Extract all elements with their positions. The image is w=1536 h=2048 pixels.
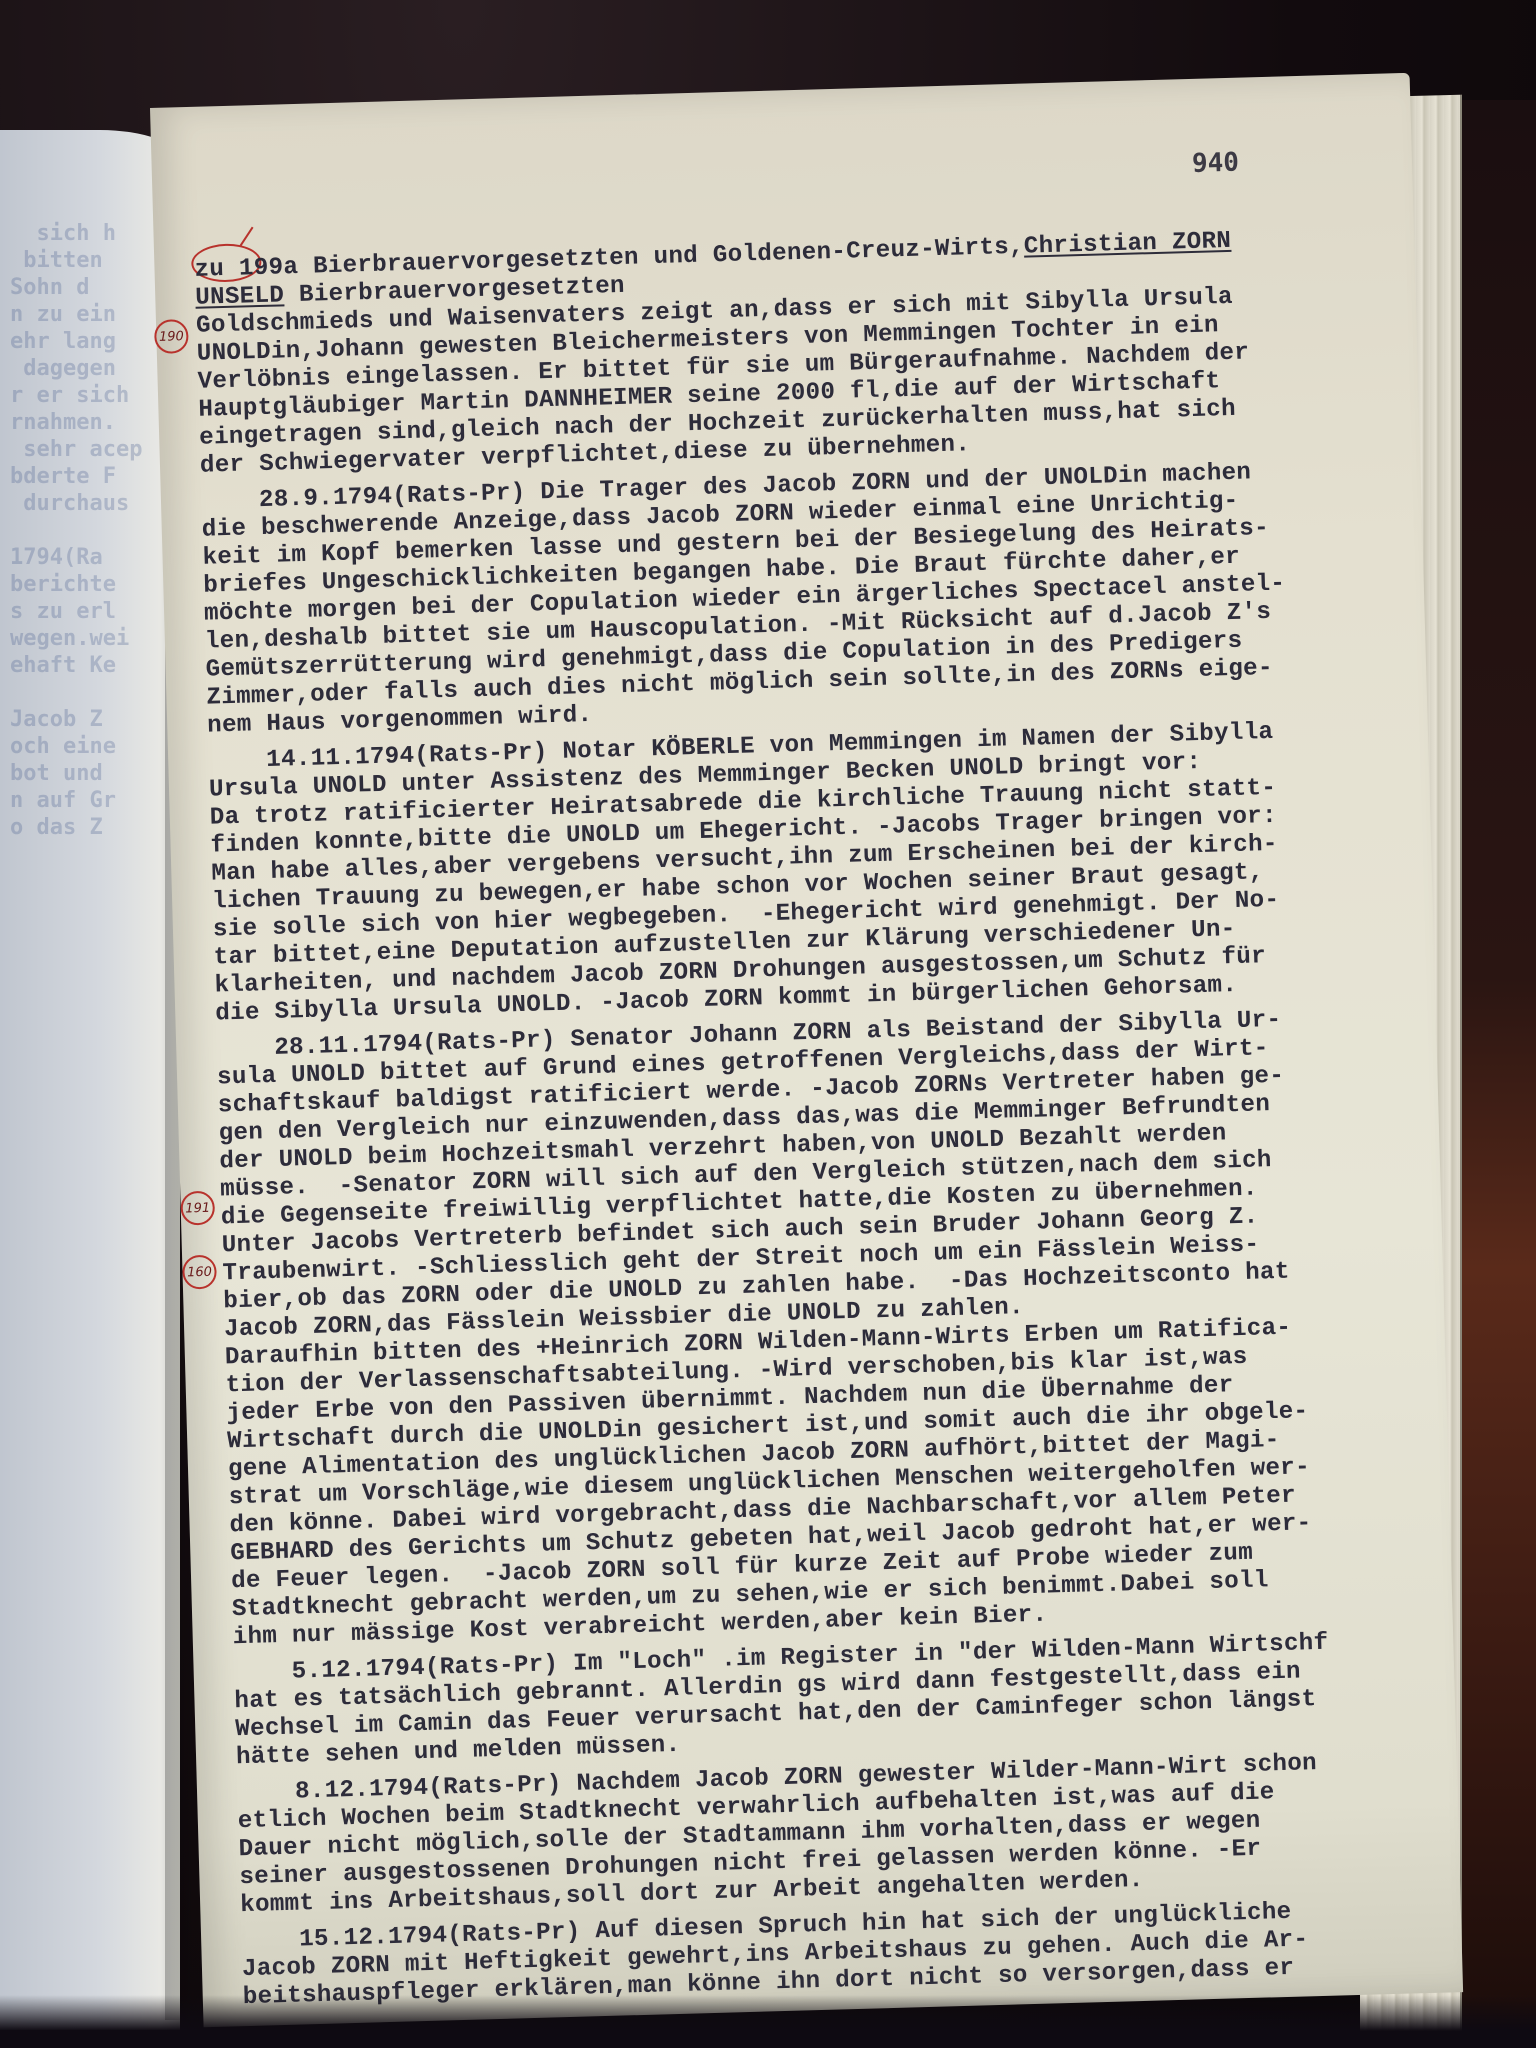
paragraph-entry-1794-12-05: 5.12.1794(Rats-Pr) Im "Loch" .im Registe… (233, 1627, 1426, 1772)
left-page: sich h bitten Sohn d n zu ein ehr lang d… (0, 130, 180, 2030)
paragraph-entry-1794-11-28: 28.11.1794(Rats-Pr) Senator Johann ZORN … (216, 1003, 1423, 1652)
page-number: 940 (1192, 148, 1240, 179)
paragraph-entry-1794-09-28: 28.9.1794(Rats-Pr) Die Trager des Jacob … (201, 456, 1398, 741)
document-body: zu 199a Bierbrauervorgesetzten und Golde… (194, 224, 1433, 2021)
left-page-bleed-text: sich h bitten Sohn d n zu ein ehr lang d… (10, 220, 180, 841)
book-photo: sich h bitten Sohn d n zu ein ehr lang d… (0, 0, 1536, 2048)
margin-note-circled-number: 190 (154, 319, 189, 354)
typewritten-page: 940 190 191 160 zu 199a Bierbrauervorges… (150, 73, 1463, 2027)
margin-note-circled-number: 191 (180, 1191, 215, 1226)
paragraph-intro: zu 199a Bierbrauervorgesetzten und Golde… (194, 224, 1390, 481)
paragraph-entry-1794-11-14: 14.11.1794(Rats-Pr) Notar KÖBERLE von Me… (208, 715, 1405, 1028)
margin-note-circled-number: 160 (182, 1255, 217, 1290)
bottom-shadow (0, 1995, 1536, 2048)
red-check-tick (240, 227, 254, 246)
paragraph-entry-1794-12-08: 8.12.1794(Rats-Pr) Nachdem Jacob ZORN ge… (237, 1747, 1430, 1920)
